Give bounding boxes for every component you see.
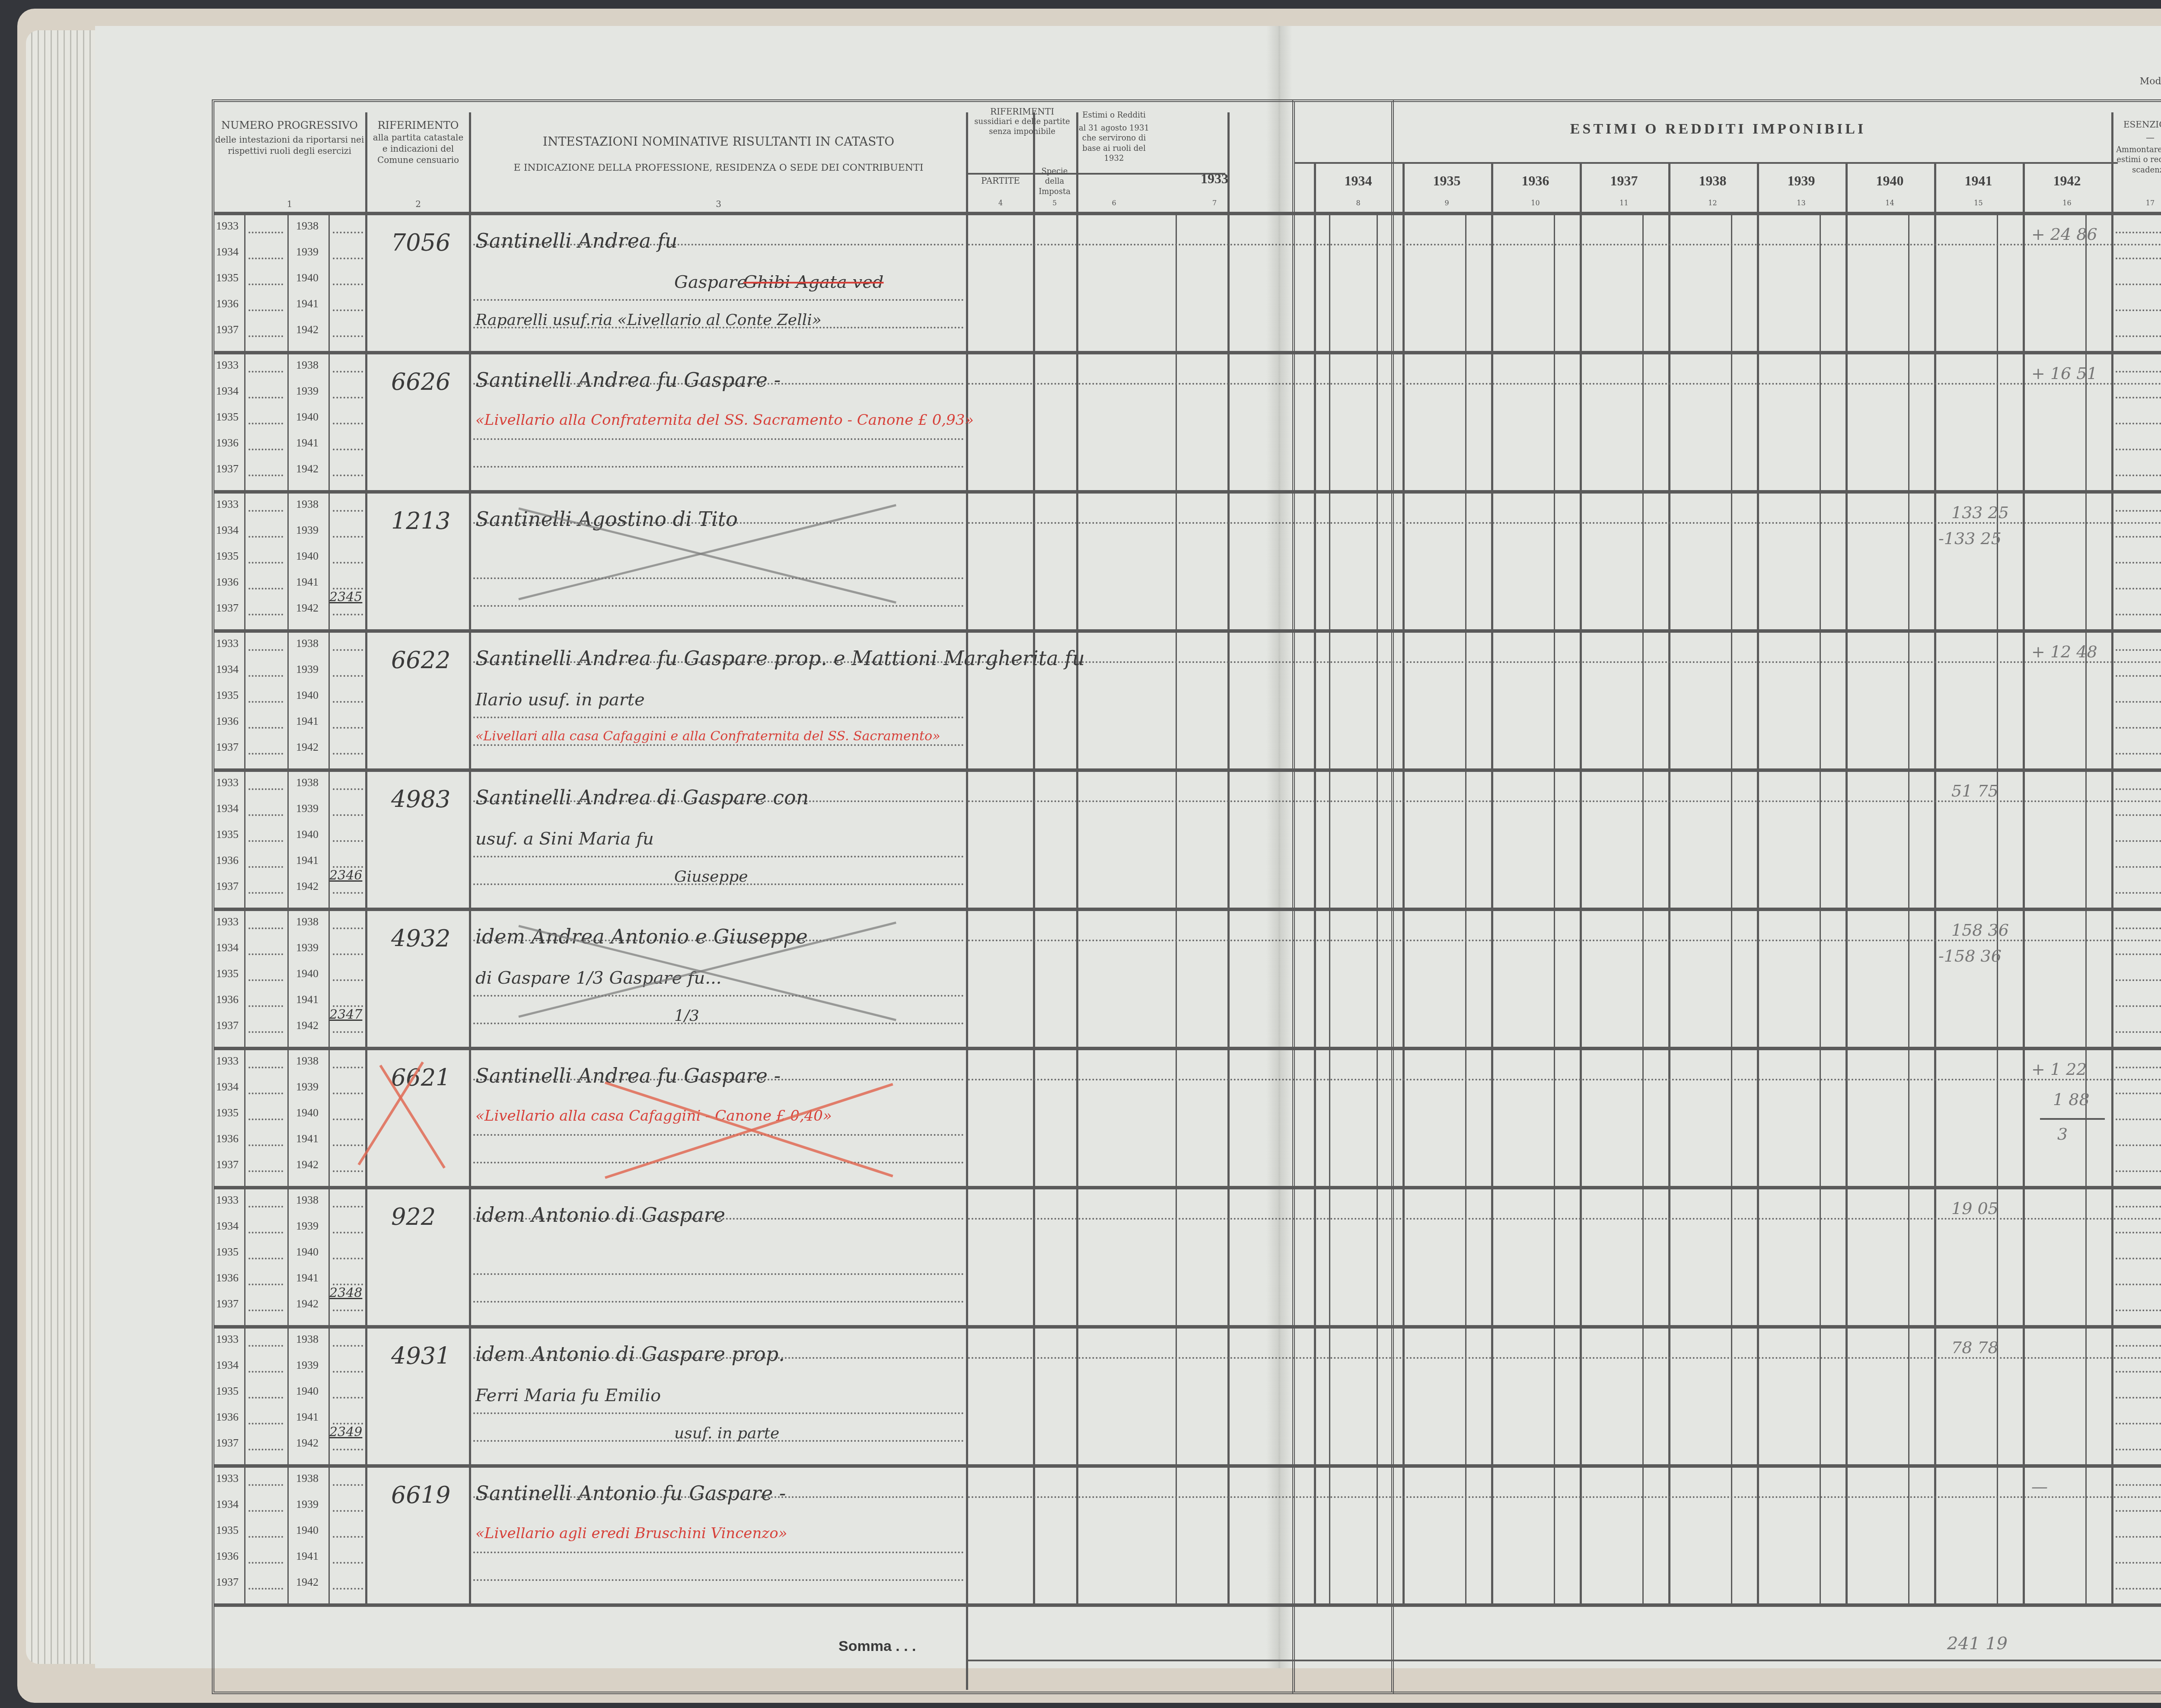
handwriting-line <box>473 1579 964 1581</box>
entry-separator-right <box>1294 1603 2161 1607</box>
col17-dotted-rule <box>2116 814 2161 816</box>
value-line <box>968 1079 2161 1080</box>
col17-dotted-rule <box>2116 1005 2161 1007</box>
partita-number[interactable]: 6619 <box>391 1482 450 1509</box>
dotted-rule <box>249 866 283 868</box>
entry-name-line1[interactable]: Santinelli Andrea fu Gaspare - <box>475 368 781 392</box>
entry-name-line2: Ferri Maria fu Emilio <box>475 1386 661 1405</box>
dotted-rule <box>333 727 363 729</box>
year-label-left: 1933 <box>216 220 239 233</box>
year-label-right: 1940 <box>296 411 319 424</box>
dotted-rule <box>249 258 283 259</box>
col17-dotted-rule <box>2116 1067 2161 1068</box>
year-label-right: 1942 <box>296 1297 319 1310</box>
dotted-rule <box>249 1170 283 1172</box>
year-colnum: 8 <box>1314 199 1402 207</box>
year-header-1934: 1934 <box>1314 173 1402 189</box>
dotted-rule <box>333 1588 363 1590</box>
dotted-rule <box>249 649 283 651</box>
handwriting-line <box>473 1134 964 1136</box>
year-label-left: 1937 <box>216 462 239 475</box>
catasto-ref: 2346 <box>329 868 362 883</box>
year-label-left: 1937 <box>216 1297 239 1310</box>
col17-dotted-rule <box>2116 892 2161 894</box>
year-label-left: 1935 <box>216 411 239 424</box>
year-divider <box>1668 162 1670 1603</box>
entry-name-line1[interactable]: idem Antonio di Gaspare prop. <box>475 1342 785 1366</box>
col2-title: RIFERIMENTO <box>367 119 469 132</box>
partita-number[interactable]: 4931 <box>391 1342 450 1370</box>
dotted-rule <box>333 309 363 311</box>
col6-number: 6 <box>1076 199 1152 207</box>
value-line <box>968 800 2161 802</box>
handwriting-line <box>473 744 964 746</box>
entry-name-line3: Raparelli usuf.ria «Livellario al Conte … <box>475 311 822 329</box>
col17-dotted-rule <box>2116 423 2161 424</box>
dotted-rule <box>333 1170 363 1172</box>
year-label-right: 1940 <box>296 828 319 841</box>
year-colnum: 12 <box>1668 199 1757 207</box>
col17-subtitle: Ammontare degli estimi o redditi e scade… <box>2111 145 2161 175</box>
value-1941: 19 05 <box>1951 1199 1998 1218</box>
year-label-right: 1938 <box>296 359 319 372</box>
entry-separator <box>214 490 1392 494</box>
entry-name-line1[interactable]: Santinelli Andrea di Gaspare con <box>475 786 809 809</box>
value-1941: 78 78 <box>1951 1338 1998 1357</box>
year-label-right: 1938 <box>296 1333 319 1346</box>
year-label-right: 1938 <box>296 220 319 233</box>
year-label-left: 1933 <box>216 359 239 372</box>
dotted-rule <box>249 1232 283 1233</box>
year-label-right: 1939 <box>296 1498 319 1511</box>
year-label-left: 1936 <box>216 715 239 728</box>
year-label-left: 1935 <box>216 271 239 284</box>
handwriting-line <box>473 299 964 301</box>
year-label-right: 1938 <box>296 776 319 789</box>
col17-dotted-rule <box>2116 1232 2161 1233</box>
dotted-rule <box>333 1067 363 1068</box>
year-label-right: 1942 <box>296 1576 319 1589</box>
year-label-right: 1940 <box>296 550 319 563</box>
col17-dotted-rule <box>2116 258 2161 259</box>
col17-divider <box>2111 112 2113 1603</box>
col1-number: 1 <box>214 199 365 209</box>
year-label-right: 1941 <box>296 576 319 589</box>
year-label-right: 1940 <box>296 689 319 702</box>
col17-dotted-rule <box>2116 1588 2161 1590</box>
value-1941: 51 75 <box>1951 781 1998 800</box>
entry-separator-right <box>1294 1047 2161 1050</box>
year-colnum: 14 <box>1845 199 1934 207</box>
year-label-right: 1942 <box>296 462 319 475</box>
somma-total-1941: 241 19 <box>1947 1634 2008 1654</box>
value-line <box>968 522 2161 524</box>
year-divider <box>1314 162 1316 1603</box>
dotted-rule <box>249 1093 283 1094</box>
dotted-rule <box>333 1118 363 1120</box>
year-label-left: 1937 <box>216 1158 239 1171</box>
dotted-rule <box>249 1345 283 1347</box>
entry-name-line3: 1/3 <box>674 1007 699 1025</box>
col17-dotted-rule <box>2116 335 2161 337</box>
year-label-right: 1940 <box>296 1106 319 1119</box>
year-label-right: 1940 <box>296 1246 319 1259</box>
dotted-rule <box>249 1144 283 1146</box>
entry-separator <box>214 629 1392 633</box>
dotted-rule <box>249 727 283 729</box>
value-line <box>968 1357 2161 1359</box>
dotted-rule <box>333 1484 363 1486</box>
col17-dotted-rule <box>2116 309 2161 311</box>
entry-separator <box>214 1325 1392 1329</box>
catasto-ref: 2347 <box>329 1007 362 1022</box>
dotted-rule <box>333 423 363 424</box>
left-table-frame <box>212 99 1394 1694</box>
dotted-rule <box>333 788 363 790</box>
year-label-right: 1942 <box>296 323 319 336</box>
dotted-rule <box>249 1067 283 1068</box>
livellario-note: «Livellari alla casa Cafaggini e alla Co… <box>475 729 940 744</box>
dotted-rule <box>333 335 363 337</box>
dotted-rule <box>333 1258 363 1259</box>
col17-dotted-rule <box>2116 1397 2161 1399</box>
dotted-rule <box>333 1093 363 1094</box>
year-label-left: 1934 <box>216 524 239 537</box>
col17-dotted-rule <box>2116 1170 2161 1172</box>
col17-dotted-rule <box>2116 866 2161 868</box>
dotted-rule <box>333 510 363 512</box>
value-1941: 133 25 <box>1951 503 2009 522</box>
page-edges-left <box>26 30 99 1664</box>
dotted-rule <box>249 814 283 816</box>
handwriting-line <box>473 438 964 440</box>
col17-dotted-rule <box>2116 1310 2161 1311</box>
col3-subtitle: E INDICAZIONE DELLA PROFESSIONE, RESIDEN… <box>471 162 966 175</box>
year-label-right: 1938 <box>296 498 319 511</box>
col17-dotted-rule <box>2116 536 2161 538</box>
year-label-right: 1939 <box>296 245 319 258</box>
form-code: Mod. 111 - Imposte Dirette (Intercalare)… <box>2088 76 2161 88</box>
column-divider <box>1033 112 1035 1603</box>
handwriting-line <box>473 1273 964 1275</box>
year-label-right: 1941 <box>296 1411 319 1424</box>
dotted-rule <box>333 1345 363 1347</box>
col6-title: Estimi o Redditi <box>1076 110 1152 120</box>
year-header-1936: 1936 <box>1491 173 1580 189</box>
year-label-left: 1933 <box>216 1194 239 1207</box>
year-header-1942: 1942 <box>2023 173 2111 189</box>
dotted-rule <box>333 675 363 677</box>
entry-separator <box>214 1603 1392 1607</box>
year-label-right: 1939 <box>296 1220 319 1233</box>
year-label-right: 1939 <box>296 385 319 398</box>
handwriting-line <box>473 1552 964 1553</box>
year-label-left: 1935 <box>216 828 239 841</box>
dotted-rule <box>249 675 283 677</box>
year-label-right: 1941 <box>296 1271 319 1284</box>
dotted-rule <box>333 475 363 476</box>
column-divider <box>365 112 367 1603</box>
year-label-left: 1937 <box>216 323 239 336</box>
year-label-left: 1933 <box>216 1055 239 1067</box>
year-label-left: 1937 <box>216 741 239 754</box>
year-label-left: 1934 <box>216 941 239 954</box>
livellario-note: «Livellario alla Confraternita del SS. S… <box>475 411 974 429</box>
dotted-rule <box>249 1258 283 1259</box>
year-label-right: 1942 <box>296 602 319 615</box>
year-label-left: 1935 <box>216 1385 239 1398</box>
dotted-rule <box>249 588 283 590</box>
year-label-right: 1941 <box>296 437 319 449</box>
col17-dotted-rule <box>2116 371 2161 373</box>
year-label-right: 1939 <box>296 1359 319 1372</box>
col17-dotted-rule <box>2116 1118 2161 1120</box>
partita-number[interactable]: 4932 <box>391 925 450 952</box>
year-label-left: 1934 <box>216 802 239 815</box>
entry-name-line1[interactable]: Santinelli Andrea fu <box>475 229 678 252</box>
year-colnum: 10 <box>1491 199 1580 207</box>
col1-subtitle: delle intestazioni da riportarsi nei ris… <box>214 134 365 156</box>
year-label-left: 1936 <box>216 993 239 1006</box>
year-label-right: 1938 <box>296 1194 319 1207</box>
sum-rule <box>2040 1118 2105 1120</box>
dotted-rule <box>333 562 363 564</box>
dotted-rule <box>249 614 283 615</box>
col17-dotted-rule <box>2116 1562 2161 1564</box>
value-line <box>968 1496 2161 1498</box>
year-header-1941: 1941 <box>1934 173 2023 189</box>
dotted-rule <box>249 1397 283 1399</box>
year-label-right: 1939 <box>296 941 319 954</box>
dotted-rule <box>333 1510 363 1512</box>
year-label-left: 1937 <box>216 1576 239 1589</box>
year-label-right: 1941 <box>296 715 319 728</box>
partita-number[interactable]: 1213 <box>391 507 450 535</box>
year-label-left: 1934 <box>216 1359 239 1372</box>
year-label-left: 1933 <box>216 1333 239 1346</box>
entry-name-line2: Ilario usuf. in parte <box>475 690 645 710</box>
year-divider <box>1491 162 1493 1603</box>
column-divider <box>1076 112 1078 1603</box>
year-header-1938: 1938 <box>1668 173 1757 189</box>
year-label-left: 1936 <box>216 437 239 449</box>
year-label-left: 1934 <box>216 245 239 258</box>
col1-title: NUMERO PROGRESSIVO <box>214 119 365 132</box>
col17-dotted-rule <box>2116 562 2161 564</box>
year-label-left: 1936 <box>216 1271 239 1284</box>
year-label-left: 1933 <box>216 498 239 511</box>
col17-dotted-rule <box>2116 1093 2161 1094</box>
year-label-right: 1940 <box>296 1385 319 1398</box>
dotted-rule <box>249 701 283 703</box>
col3-title: INTESTAZIONI NOMINATIVE RISULTANTI IN CA… <box>471 134 966 150</box>
dotted-rule <box>333 840 363 842</box>
entry-name-line3: usuf. in parte <box>674 1424 779 1442</box>
col5-number: 5 <box>1033 199 1076 207</box>
entry-separator <box>214 351 1392 354</box>
year-label-left: 1934 <box>216 1080 239 1093</box>
col17-dash: — <box>2111 132 2161 143</box>
dotted-rule <box>249 335 283 337</box>
year-label-right: 1941 <box>296 1550 319 1563</box>
dotted-rule <box>333 1449 363 1450</box>
partita-number[interactable]: 6621 <box>391 1064 450 1091</box>
dotted-rule <box>333 1206 363 1208</box>
col17-dotted-rule <box>2116 614 2161 615</box>
dotted-rule <box>249 536 283 538</box>
year-label-left: 1934 <box>216 385 239 398</box>
estimi-group-title: ESTIMI O REDDITI IMPONIBILI <box>1318 121 2118 137</box>
dotted-rule <box>249 562 283 564</box>
entry-name-line2: di Gaspare 1/3 Gaspare fu... <box>475 968 722 988</box>
dotted-rule <box>249 449 283 450</box>
catasto-ref: 2349 <box>329 1424 362 1440</box>
col4-number: 4 <box>968 199 1033 207</box>
year-label-left: 1933 <box>216 1472 239 1485</box>
year-colnum: 16 <box>2023 199 2111 207</box>
col17-dotted-rule <box>2116 1144 2161 1146</box>
col4-title: PARTITE <box>968 175 1033 186</box>
col17-dotted-rule <box>2116 840 2161 842</box>
entry-separator <box>214 1464 1392 1468</box>
somma-divider <box>966 1603 968 1690</box>
entry-separator <box>214 908 1392 911</box>
dotted-rule <box>249 1588 283 1590</box>
dotted-rule <box>333 1232 363 1233</box>
year-colnum: 11 <box>1580 199 1668 207</box>
year-header-1937: 1937 <box>1580 173 1668 189</box>
entry-separator-right <box>1294 490 2161 494</box>
handwriting-line <box>473 466 964 468</box>
dotted-rule <box>249 788 283 790</box>
entry-name-line1[interactable]: Santinelli Agostino di Tito <box>475 507 738 531</box>
dotted-rule <box>249 371 283 373</box>
year-label-right: 1939 <box>296 663 319 676</box>
entry-separator <box>214 1047 1392 1050</box>
year-divider <box>1402 162 1405 1603</box>
header-rule <box>214 212 1392 215</box>
year-divider <box>2023 162 2025 1603</box>
handwriting-line <box>473 717 964 718</box>
col17-dotted-rule <box>2116 1484 2161 1486</box>
year-label-left: 1936 <box>216 854 239 867</box>
dotted-rule <box>249 397 283 398</box>
year-label-right: 1942 <box>296 1437 319 1450</box>
col45-subtitle: sussidiari e delle partite senza imponib… <box>968 117 1076 137</box>
col17-dotted-rule <box>2116 1423 2161 1424</box>
column-divider <box>966 112 968 1603</box>
dotted-rule <box>333 371 363 373</box>
dotted-rule <box>333 979 363 981</box>
year-label-right: 1938 <box>296 1055 319 1067</box>
dotted-rule <box>333 892 363 894</box>
entry-name-line1[interactable]: Santinelli Antonio fu Gaspare - <box>475 1482 786 1505</box>
col2-number: 2 <box>367 199 469 209</box>
partita-number[interactable]: 4983 <box>391 786 450 813</box>
somma-label: Somma . . . <box>838 1638 916 1655</box>
col17-dotted-rule <box>2116 1510 2161 1512</box>
year-label-left: 1936 <box>216 1411 239 1424</box>
col17-dotted-rule <box>2116 701 2161 703</box>
dotted-rule <box>249 1484 283 1486</box>
year-label-right: 1939 <box>296 802 319 815</box>
entry-separator-right <box>1294 629 2161 633</box>
partita-number[interactable]: 6622 <box>391 647 450 674</box>
dotted-rule <box>249 510 283 512</box>
year-label-right: 1941 <box>296 1132 319 1145</box>
value-1942-b: 1 88 <box>2053 1090 2090 1109</box>
col17-dotted-rule <box>2116 1258 2161 1259</box>
entry-name-line3: Giuseppe <box>674 868 748 886</box>
dotted-rule <box>333 536 363 538</box>
dotted-rule <box>333 1310 363 1311</box>
col17-dotted-rule <box>2116 1345 2161 1347</box>
handwriting-line <box>473 605 964 607</box>
year-divider <box>1845 162 1848 1603</box>
entry-separator-right <box>1294 351 2161 354</box>
dotted-rule <box>333 1371 363 1373</box>
entry-separator-right <box>1294 908 2161 911</box>
dotted-rule <box>333 953 363 955</box>
partita-number[interactable]: 922 <box>391 1203 436 1230</box>
year-label-left: 1935 <box>216 689 239 702</box>
value-line <box>968 383 2161 385</box>
handwriting-line <box>473 1412 964 1414</box>
dotted-rule <box>333 1397 363 1399</box>
year-divider <box>1580 162 1582 1603</box>
entry-separator-right <box>1294 1186 2161 1189</box>
year-label-left: 1937 <box>216 602 239 615</box>
value-1942: + 16 51 <box>2031 364 2097 383</box>
dotted-rule <box>249 309 283 311</box>
year-label-left: 1936 <box>216 576 239 589</box>
dotted-rule <box>249 1371 283 1373</box>
value-line <box>968 244 2161 245</box>
partita-number[interactable]: 6626 <box>391 368 450 395</box>
year-header-1939: 1939 <box>1757 173 1845 189</box>
partita-number[interactable]: 7056 <box>391 229 450 256</box>
year-label-left: 1937 <box>216 1437 239 1450</box>
year-label-right: 1941 <box>296 854 319 867</box>
value-1942: + 24 86 <box>2031 225 2097 244</box>
year-label-right: 1938 <box>296 637 319 650</box>
catasto-ref: 2345 <box>329 590 362 605</box>
dotted-rule <box>249 892 283 894</box>
year-label-left: 1937 <box>216 880 239 893</box>
year-label-right: 1942 <box>296 1019 319 1032</box>
col17-dotted-rule <box>2116 397 2161 398</box>
year-label-left: 1934 <box>216 663 239 676</box>
entry-name-line1[interactable]: Santinelli Andrea fu Gaspare prop. e Mat… <box>475 647 1085 670</box>
entry-name-line1[interactable]: idem Antonio di Gaspare <box>475 1203 725 1227</box>
year-label-left: 1935 <box>216 1246 239 1259</box>
handwriting-line <box>473 577 964 579</box>
year-label-left: 1936 <box>216 1550 239 1563</box>
right-header-rule <box>1294 212 2161 215</box>
entry-name-line1[interactable]: Santinelli Andrea fu Gaspare - <box>475 1064 781 1087</box>
col17-dotted-rule <box>2116 449 2161 450</box>
col17-dotted-rule <box>2116 588 2161 590</box>
col17-dotted-rule <box>2116 475 2161 476</box>
col17-dotted-rule <box>2116 1206 2161 1208</box>
year-label-right: 1939 <box>296 524 319 537</box>
entry-separator <box>214 768 1392 772</box>
col17-dotted-rule <box>2116 1536 2161 1538</box>
col17-dotted-rule <box>2116 1031 2161 1033</box>
year-label-right: 1940 <box>296 271 319 284</box>
handwriting-line <box>473 995 964 997</box>
year-label-right: 1942 <box>296 1158 319 1171</box>
